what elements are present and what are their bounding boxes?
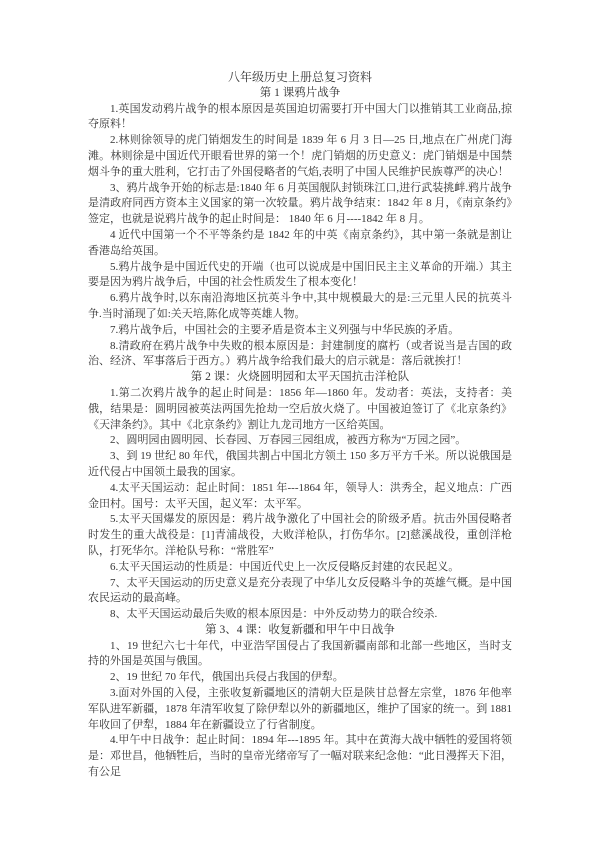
paragraph: 1、19 世纪六七十年代，中亚浩罕国侵占了我国新疆南部和北部一些地区，当时支持的…	[88, 639, 512, 671]
paragraph: 3、鸦片战争开始的标志是:1840 年 6 月英国舰队封锁珠江口,进行武装挑衅.…	[88, 181, 512, 228]
paragraph: 3、到 19 世纪 80 年代，俄国共割占中国北方领土 150 多万平方千米。所…	[88, 449, 512, 481]
paragraph: 8、太平天国运动最后失败的根本原因是：中外反动势力的联合绞杀.	[88, 607, 512, 623]
paragraph: 5.鸦片战争是中国近代史的开端（也可以说成是中国旧民主主义革命的开端.）其主要是…	[88, 260, 512, 292]
paragraph: 8.清政府在鸦片战争中失败的根本原因是：封建制度的腐朽（或者说当是吉国的政治、经…	[88, 339, 512, 371]
paragraph: 3.面对外国的入侵，主张收复新疆地区的清朝大臣是陕甘总督左宗堂，1876 年他率…	[88, 686, 512, 733]
paragraph: 2、圆明园由圆明园、长春园、万春园三园组成，被西方称为“万园之园”。	[88, 433, 512, 449]
paragraph: 4.甲午中日战争：起止时间：1894 年---1895 年。其中在黄海大战中牺牲…	[88, 733, 512, 780]
paragraph: 5.太平天国爆发的原因是：鸦片战争激化了中国社会的阶级矛盾。抗击外国侵略者时发生…	[88, 512, 512, 559]
paragraph: 2、19 世纪 70 年代，俄国出兵侵占我国的伊犁。	[88, 670, 512, 686]
paragraph: 4 近代中国第一个不平等条约是 1842 年的中英《南京条约》，其中第一条就是割…	[88, 228, 512, 260]
paragraph: 7、太平天国运动的历史意义是充分表现了中华儿女反侵略斗争的英雄气概。是中国农民运…	[88, 576, 512, 608]
section-heading-lesson-2: 第 2 课：火烧圆明园和太平天国抗击洋枪队	[88, 370, 512, 386]
paragraph: 6.太平天国运动的性质是：中国近代史上一次反侵略反封建的农民起义。	[88, 560, 512, 576]
paragraph: 1.英国发动鸦片战争的根本原因是英国迫切需要打开中国大门以推销其工业商品,掠夺原…	[88, 102, 512, 134]
paragraph: 2.林则徐领导的虎门销烟发生的时间是 1839 年 6 月 3 日—25 日,地…	[88, 133, 512, 180]
paragraph: 7.鸦片战争后，中国社会的主要矛盾是资本主义列强与中华民族的矛盾。	[88, 323, 512, 339]
section-heading-lesson-3-4: 第 3、4 课：收复新疆和甲午中日战争	[88, 623, 512, 639]
page-title: 八年级历史上册总复习资料	[88, 70, 512, 86]
section-heading-lesson-1: 第 1 课鸦片战争	[88, 86, 512, 102]
document-page: 八年级历史上册总复习资料 第 1 课鸦片战争 1.英国发动鸦片战争的根本原因是英…	[88, 0, 512, 781]
paragraph: 1.第二次鸦片战争的起止时间是：1856 年—1860 年。发动者：英法，支持者…	[88, 386, 512, 433]
paragraph: 6.鸦片战争时,以东南沿海地区抗英斗争中,其中规模最大的是:三元里人民的抗英斗争…	[88, 291, 512, 323]
paragraph: 4.太平天国运动：起止时间：1851 年---1864 年，领导人：洪秀全，起义…	[88, 481, 512, 513]
